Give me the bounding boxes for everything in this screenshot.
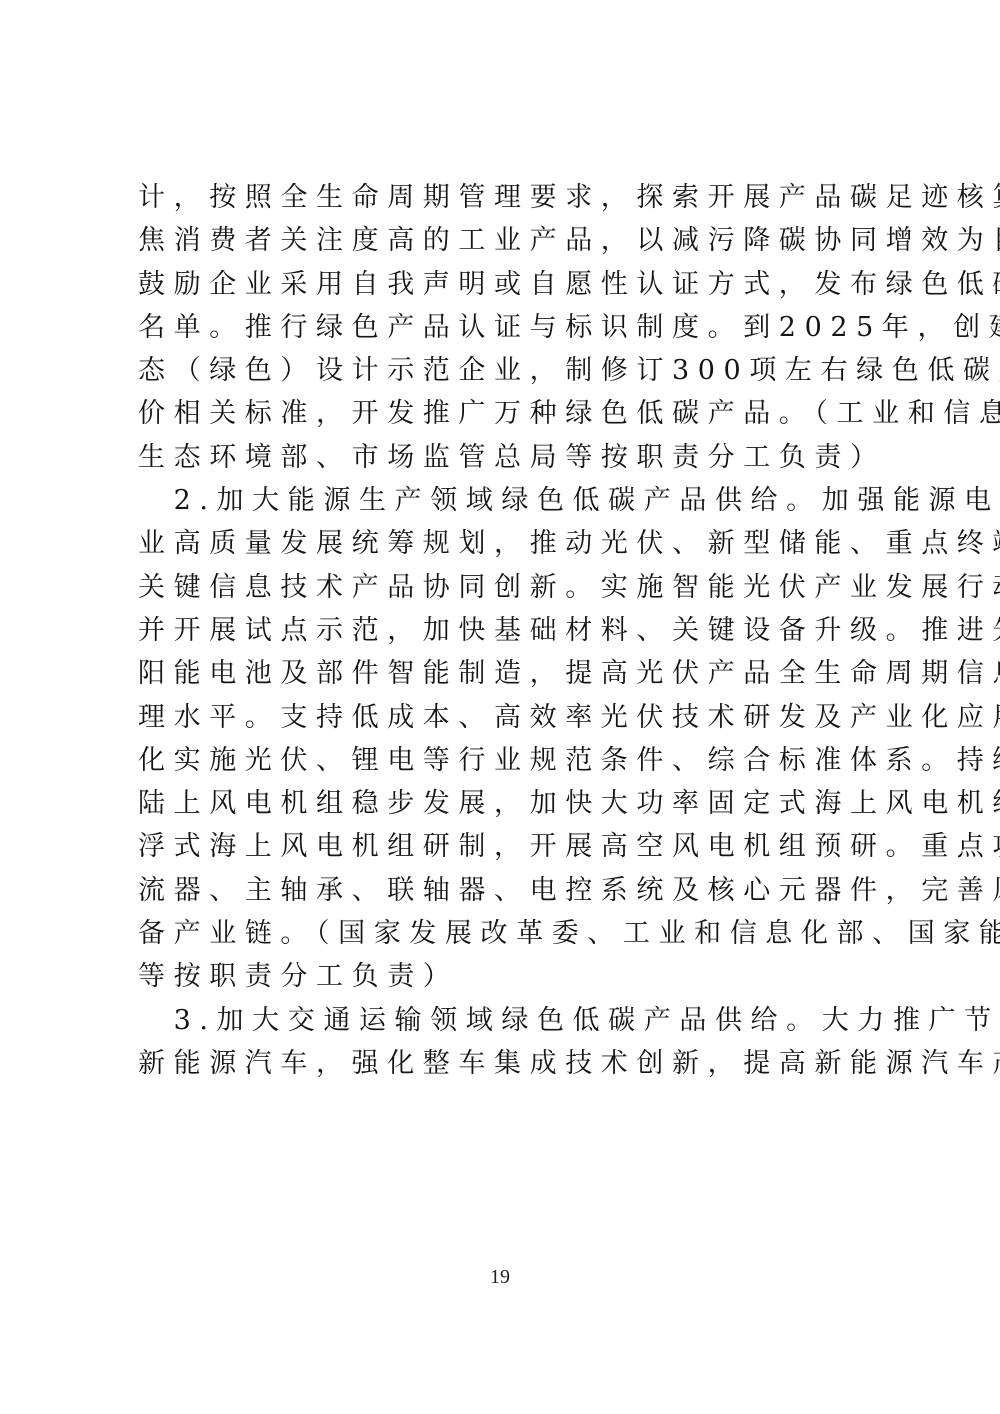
paragraph-heading-line: 2.加大能源生产领域绿色低碳产品供给。加强能源电子产	[138, 479, 864, 522]
text-line: 价相关标准，开发推广万种绿色低碳产品。（工业和信息化部、	[138, 392, 864, 435]
text-line: 阳能电池及部件智能制造，提高光伏产品全生命周期信息化管	[138, 652, 864, 695]
text-line: 业高质量发展统筹规划，推动光伏、新型储能、重点终端应用、	[138, 522, 864, 565]
document-page: 计，按照全生命周期管理要求，探索开展产品碳足迹核算。聚 焦消费者关注度高的工业产…	[0, 0, 1000, 1414]
text-line: 新能源汽车，强化整车集成技术创新，提高新能源汽车产业集	[138, 1042, 864, 1085]
text-line: 等按职责分工负责）	[138, 955, 864, 998]
paragraph-heading-line: 3.加大交通运输领域绿色低碳产品供给。大力推广节能与	[138, 999, 864, 1042]
text-line: 流器、主轴承、联轴器、电控系统及核心元器件，完善风电装	[138, 869, 864, 912]
text-line: 化实施光伏、锂电等行业规范条件、综合标准体系。持续推动	[138, 739, 864, 782]
text-line: 态（绿色）设计示范企业，制修订300项左右绿色低碳产品评	[138, 349, 864, 392]
paragraph-item-2: 2.加大能源生产领域绿色低碳产品供给。加强能源电子产 业高质量发展统筹规划，推动…	[138, 479, 864, 999]
text-line: 备产业链。（国家发展改革委、工业和信息化部、国家能源局	[138, 912, 864, 955]
text-line: 浮式海上风电机组研制，开展高空风电机组预研。重点攻克变	[138, 825, 864, 868]
text-line: 理水平。支持低成本、高效率光伏技术研发及产业化应用，优	[138, 696, 864, 739]
paragraph-item-3: 3.加大交通运输领域绿色低碳产品供给。大力推广节能与 新能源汽车，强化整车集成技…	[138, 999, 864, 1086]
body-text: 计，按照全生命周期管理要求，探索开展产品碳足迹核算。聚 焦消费者关注度高的工业产…	[138, 176, 864, 1085]
text-line: 焦消费者关注度高的工业产品，以减污降碳协同增效为目标，	[138, 219, 864, 262]
text-line: 生态环境部、市场监管总局等按职责分工负责）	[138, 436, 864, 479]
text-line: 计，按照全生命周期管理要求，探索开展产品碳足迹核算。聚	[138, 176, 864, 219]
text-line: 陆上风电机组稳步发展，加快大功率固定式海上风电机组和漂	[138, 782, 864, 825]
paragraph-continued: 计，按照全生命周期管理要求，探索开展产品碳足迹核算。聚 焦消费者关注度高的工业产…	[138, 176, 864, 479]
text-line: 名单。推行绿色产品认证与标识制度。到2025年，创建一批生	[138, 306, 864, 349]
text-line: 并开展试点示范，加快基础材料、关键设备升级。推进先进太	[138, 609, 864, 652]
text-line: 鼓励企业采用自我声明或自愿性认证方式，发布绿色低碳产品	[138, 263, 864, 306]
text-line: 关键信息技术产品协同创新。实施智能光伏产业发展行动计划	[138, 566, 864, 609]
page-number: 19	[0, 1266, 1000, 1289]
